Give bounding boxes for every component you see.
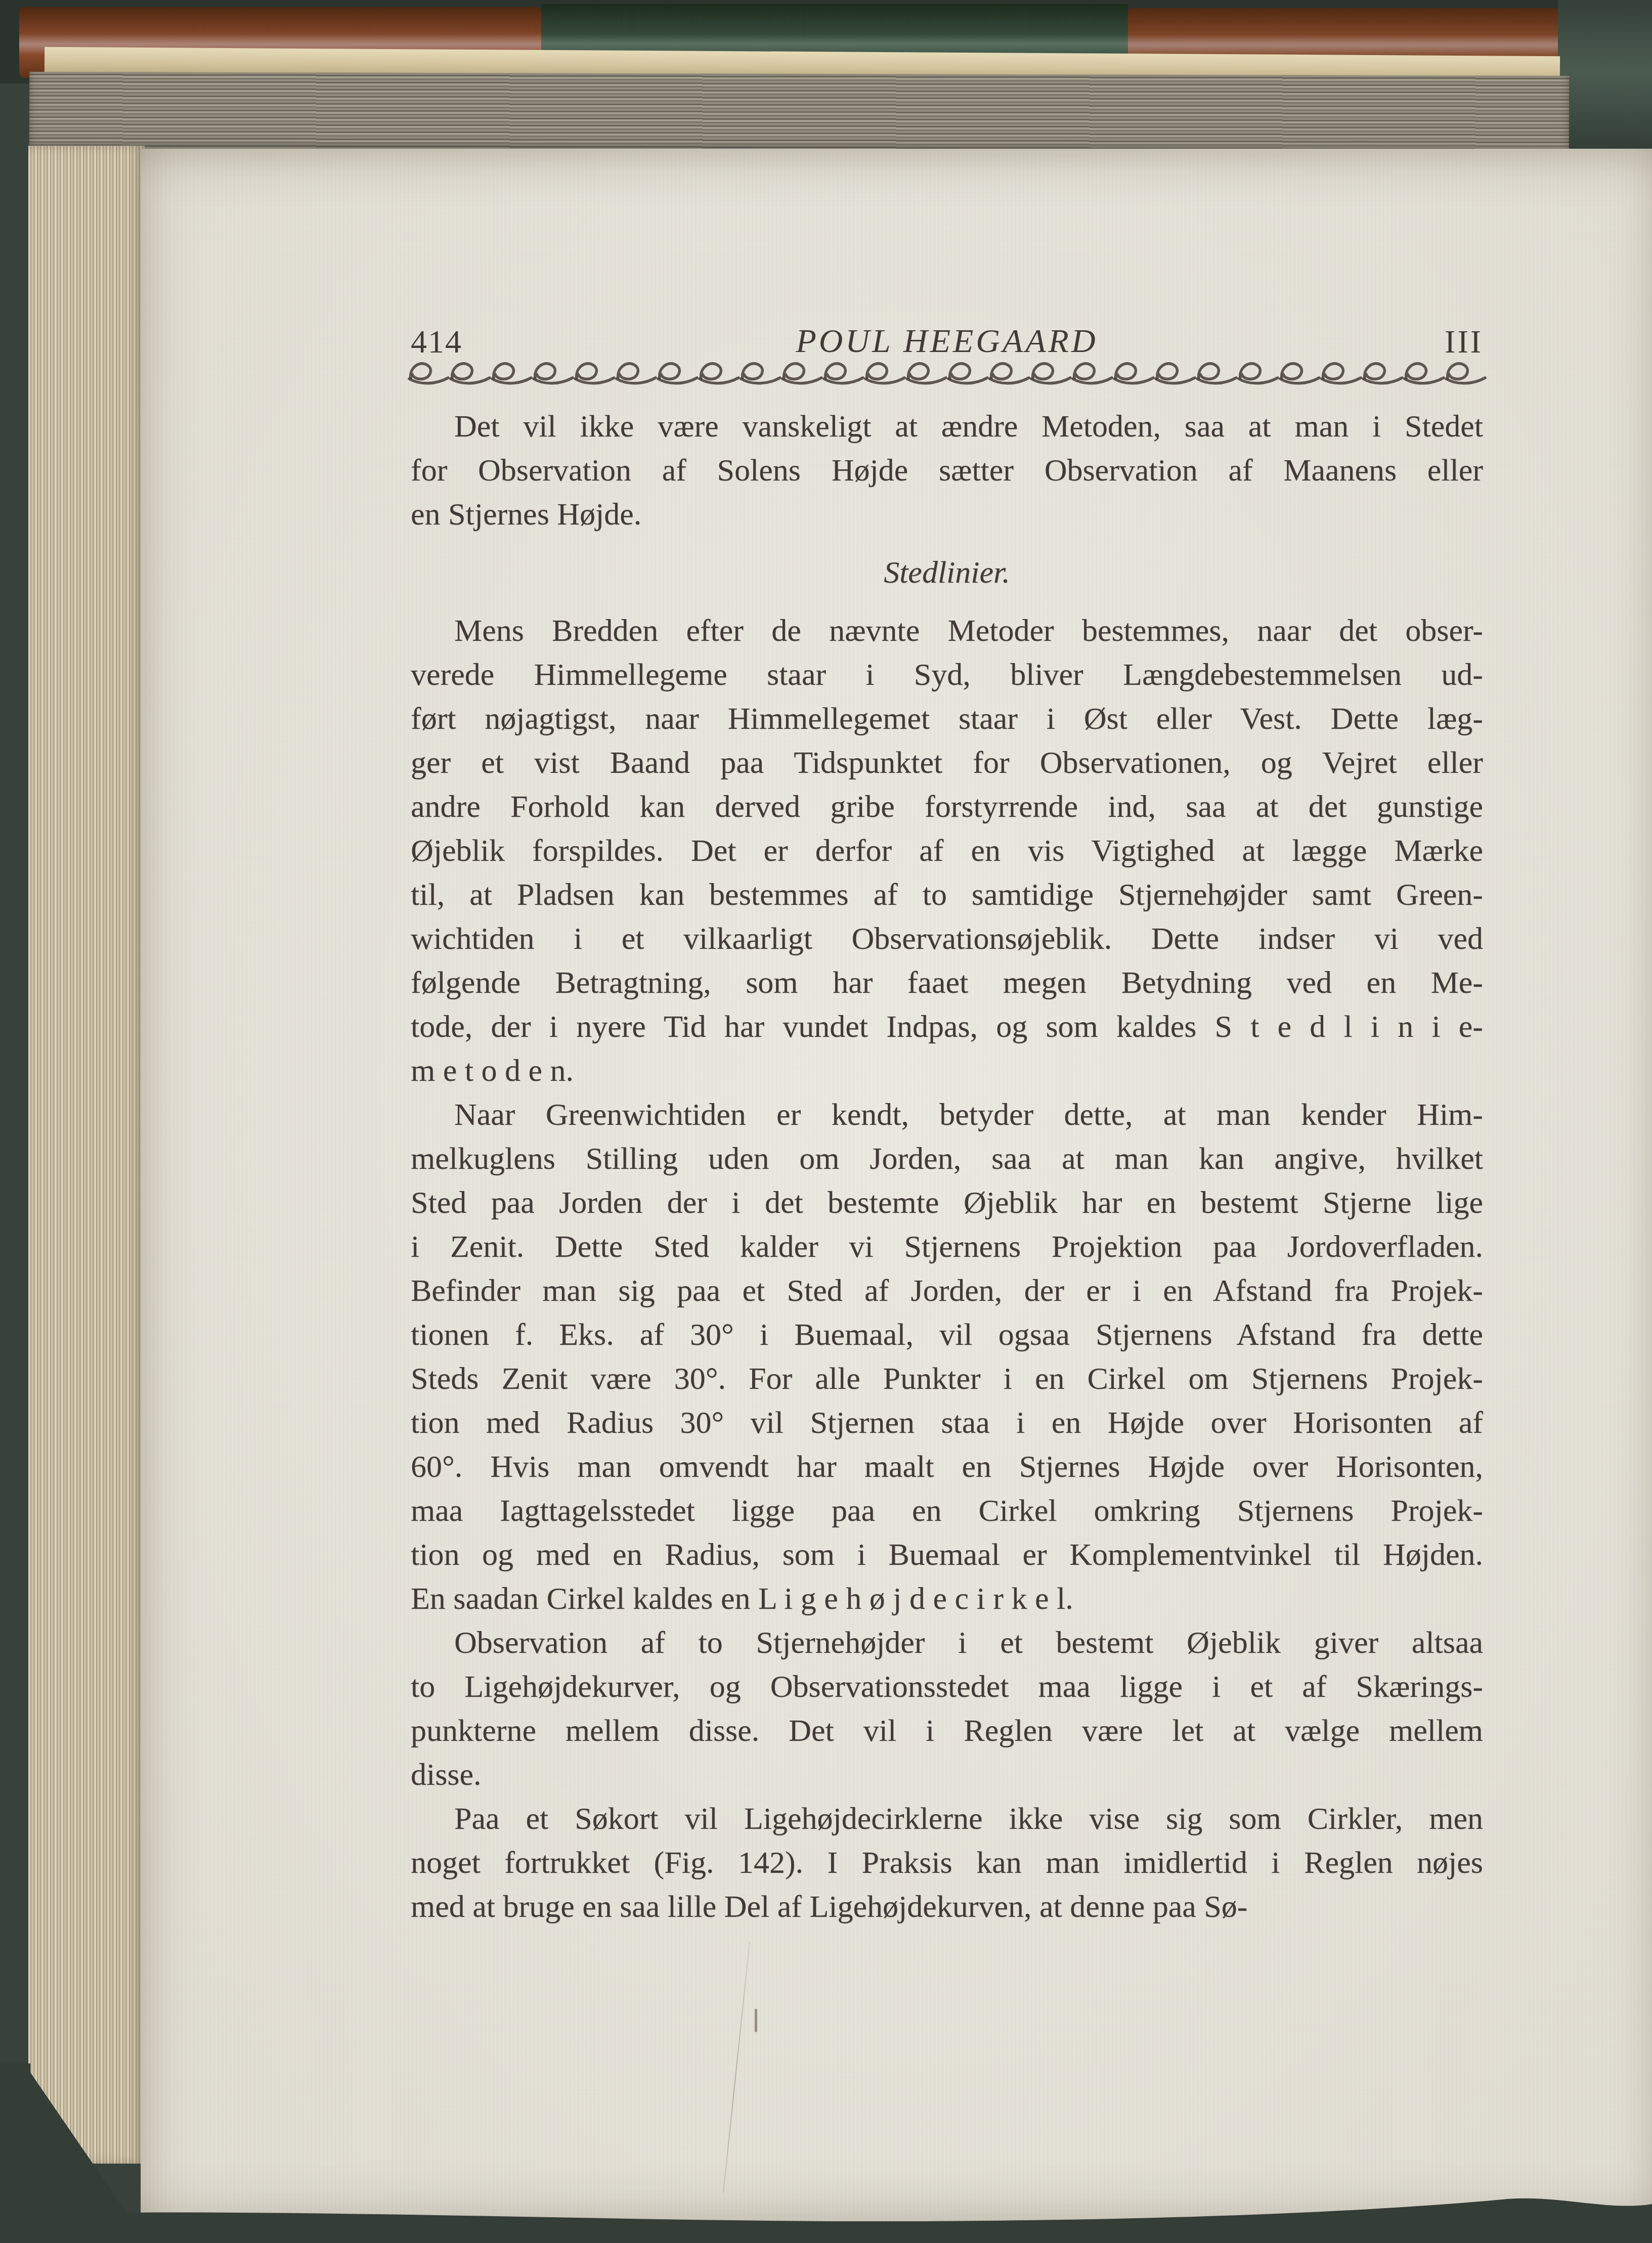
text-line: for Observation af Solens Højde sætter O…: [411, 449, 1483, 493]
page-header: 414 POUL HEEGAARD III: [411, 321, 1483, 358]
text-line: ført nøjagtigst, naar Himmellegemet staa…: [411, 697, 1483, 741]
page-bottom-edge: [0, 2189, 1652, 2243]
text-line: Paa et Søkort vil Ligehøjdecirklerne ikk…: [411, 1797, 1483, 1841]
volume-numeral: III: [1445, 326, 1483, 358]
text-line: Observation af to Stjernehøjder i et bes…: [411, 1621, 1483, 1665]
text-line: punkterne mellem disse. Det vil i Reglen…: [411, 1709, 1483, 1753]
text-line: Naar Greenwichtiden er kendt, betyder de…: [411, 1093, 1483, 1137]
text-block: Det vil ikke være vanskeligt at ændre Me…: [411, 405, 1483, 1929]
paragraph: Mens Bredden efter de nævnte Metoder bes…: [411, 609, 1483, 1093]
text-line: Befinder man sig paa et Sted af Jorden, …: [411, 1269, 1483, 1313]
section-heading: Stedlinier.: [411, 551, 1483, 595]
text-line: Mens Bredden efter de nævnte Metoder bes…: [411, 609, 1483, 653]
text-line: Øjeblik forspildes. Det er derfor af en …: [411, 829, 1483, 873]
text-line: i Zenit. Dette Sted kalder vi Stjernens …: [411, 1225, 1483, 1269]
book-scan: 414 POUL HEEGAARD III Det vil ikke være …: [0, 0, 1652, 2243]
fanned-page-edges-left: [28, 146, 145, 2164]
paragraph: Paa et Søkort vil Ligehøjdecirklerne ikk…: [411, 1797, 1483, 1929]
text-line: til, at Pladsen kan bestemmes af to samt…: [411, 873, 1483, 917]
text-line: tion med Radius 30° vil Stjernen staa i …: [411, 1401, 1483, 1445]
text-line: to Ligehøjdekurver, og Observationsstede…: [411, 1665, 1483, 1709]
text-line: verede Himmellegeme staar i Syd, bliver …: [411, 653, 1483, 697]
text-line: En saadan Cirkel kaldes en L i g e h ø j…: [411, 1577, 1483, 1621]
running-title: POUL HEEGAARD: [411, 325, 1483, 358]
text-line: en Stjernes Højde.: [411, 493, 1483, 537]
text-line: disse.: [411, 1753, 1483, 1797]
text-line: Sted paa Jorden der i det bestemte Øjebl…: [411, 1181, 1483, 1225]
scroll-ornament-divider: [407, 355, 1497, 388]
fanned-page-edges-top: [29, 72, 1569, 157]
page-crease-mark: [755, 2009, 757, 2032]
text-line: noget fortrukket (Fig. 142). I Praksis k…: [411, 1841, 1483, 1885]
book-cover-corner: [1558, 0, 1652, 158]
text-line: tion og med en Radius, som i Buemaal er …: [411, 1533, 1483, 1577]
paragraph: Naar Greenwichtiden er kendt, betyder de…: [411, 1093, 1483, 1621]
paragraph: Observation af to Stjernehøjder i et bes…: [411, 1621, 1483, 1797]
text-line: med at bruge en saa lille Del af Ligehøj…: [411, 1885, 1483, 1929]
text-line: melkuglens Stilling uden om Jorden, saa …: [411, 1137, 1483, 1181]
text-line: wichtiden i et vilkaarligt Observationsø…: [411, 917, 1483, 961]
paragraph: Det vil ikke være vanskeligt at ændre Me…: [411, 405, 1483, 537]
text-line: Steds Zenit være 30°. For alle Punkter i…: [411, 1357, 1483, 1401]
text-line: m e t o d e n.: [411, 1049, 1483, 1093]
text-line: tode, der i nyere Tid har vundet Indpas,…: [411, 1005, 1483, 1049]
text-line: ger et vist Baand paa Tidspunktet for Ob…: [411, 741, 1483, 785]
text-line: 60°. Hvis man omvendt har maalt en Stjer…: [411, 1445, 1483, 1489]
text-line: andre Forhold kan derved gribe forstyrre…: [411, 785, 1483, 829]
text-line: maa Iagttagelsstedet ligge paa en Cirkel…: [411, 1489, 1483, 1533]
text-line: tionen f. Eks. af 30° i Buemaal, vil ogs…: [411, 1313, 1483, 1357]
text-line: Det vil ikke være vanskeligt at ændre Me…: [411, 405, 1483, 449]
text-line: følgende Betragtning, som har faaet mege…: [411, 961, 1483, 1005]
